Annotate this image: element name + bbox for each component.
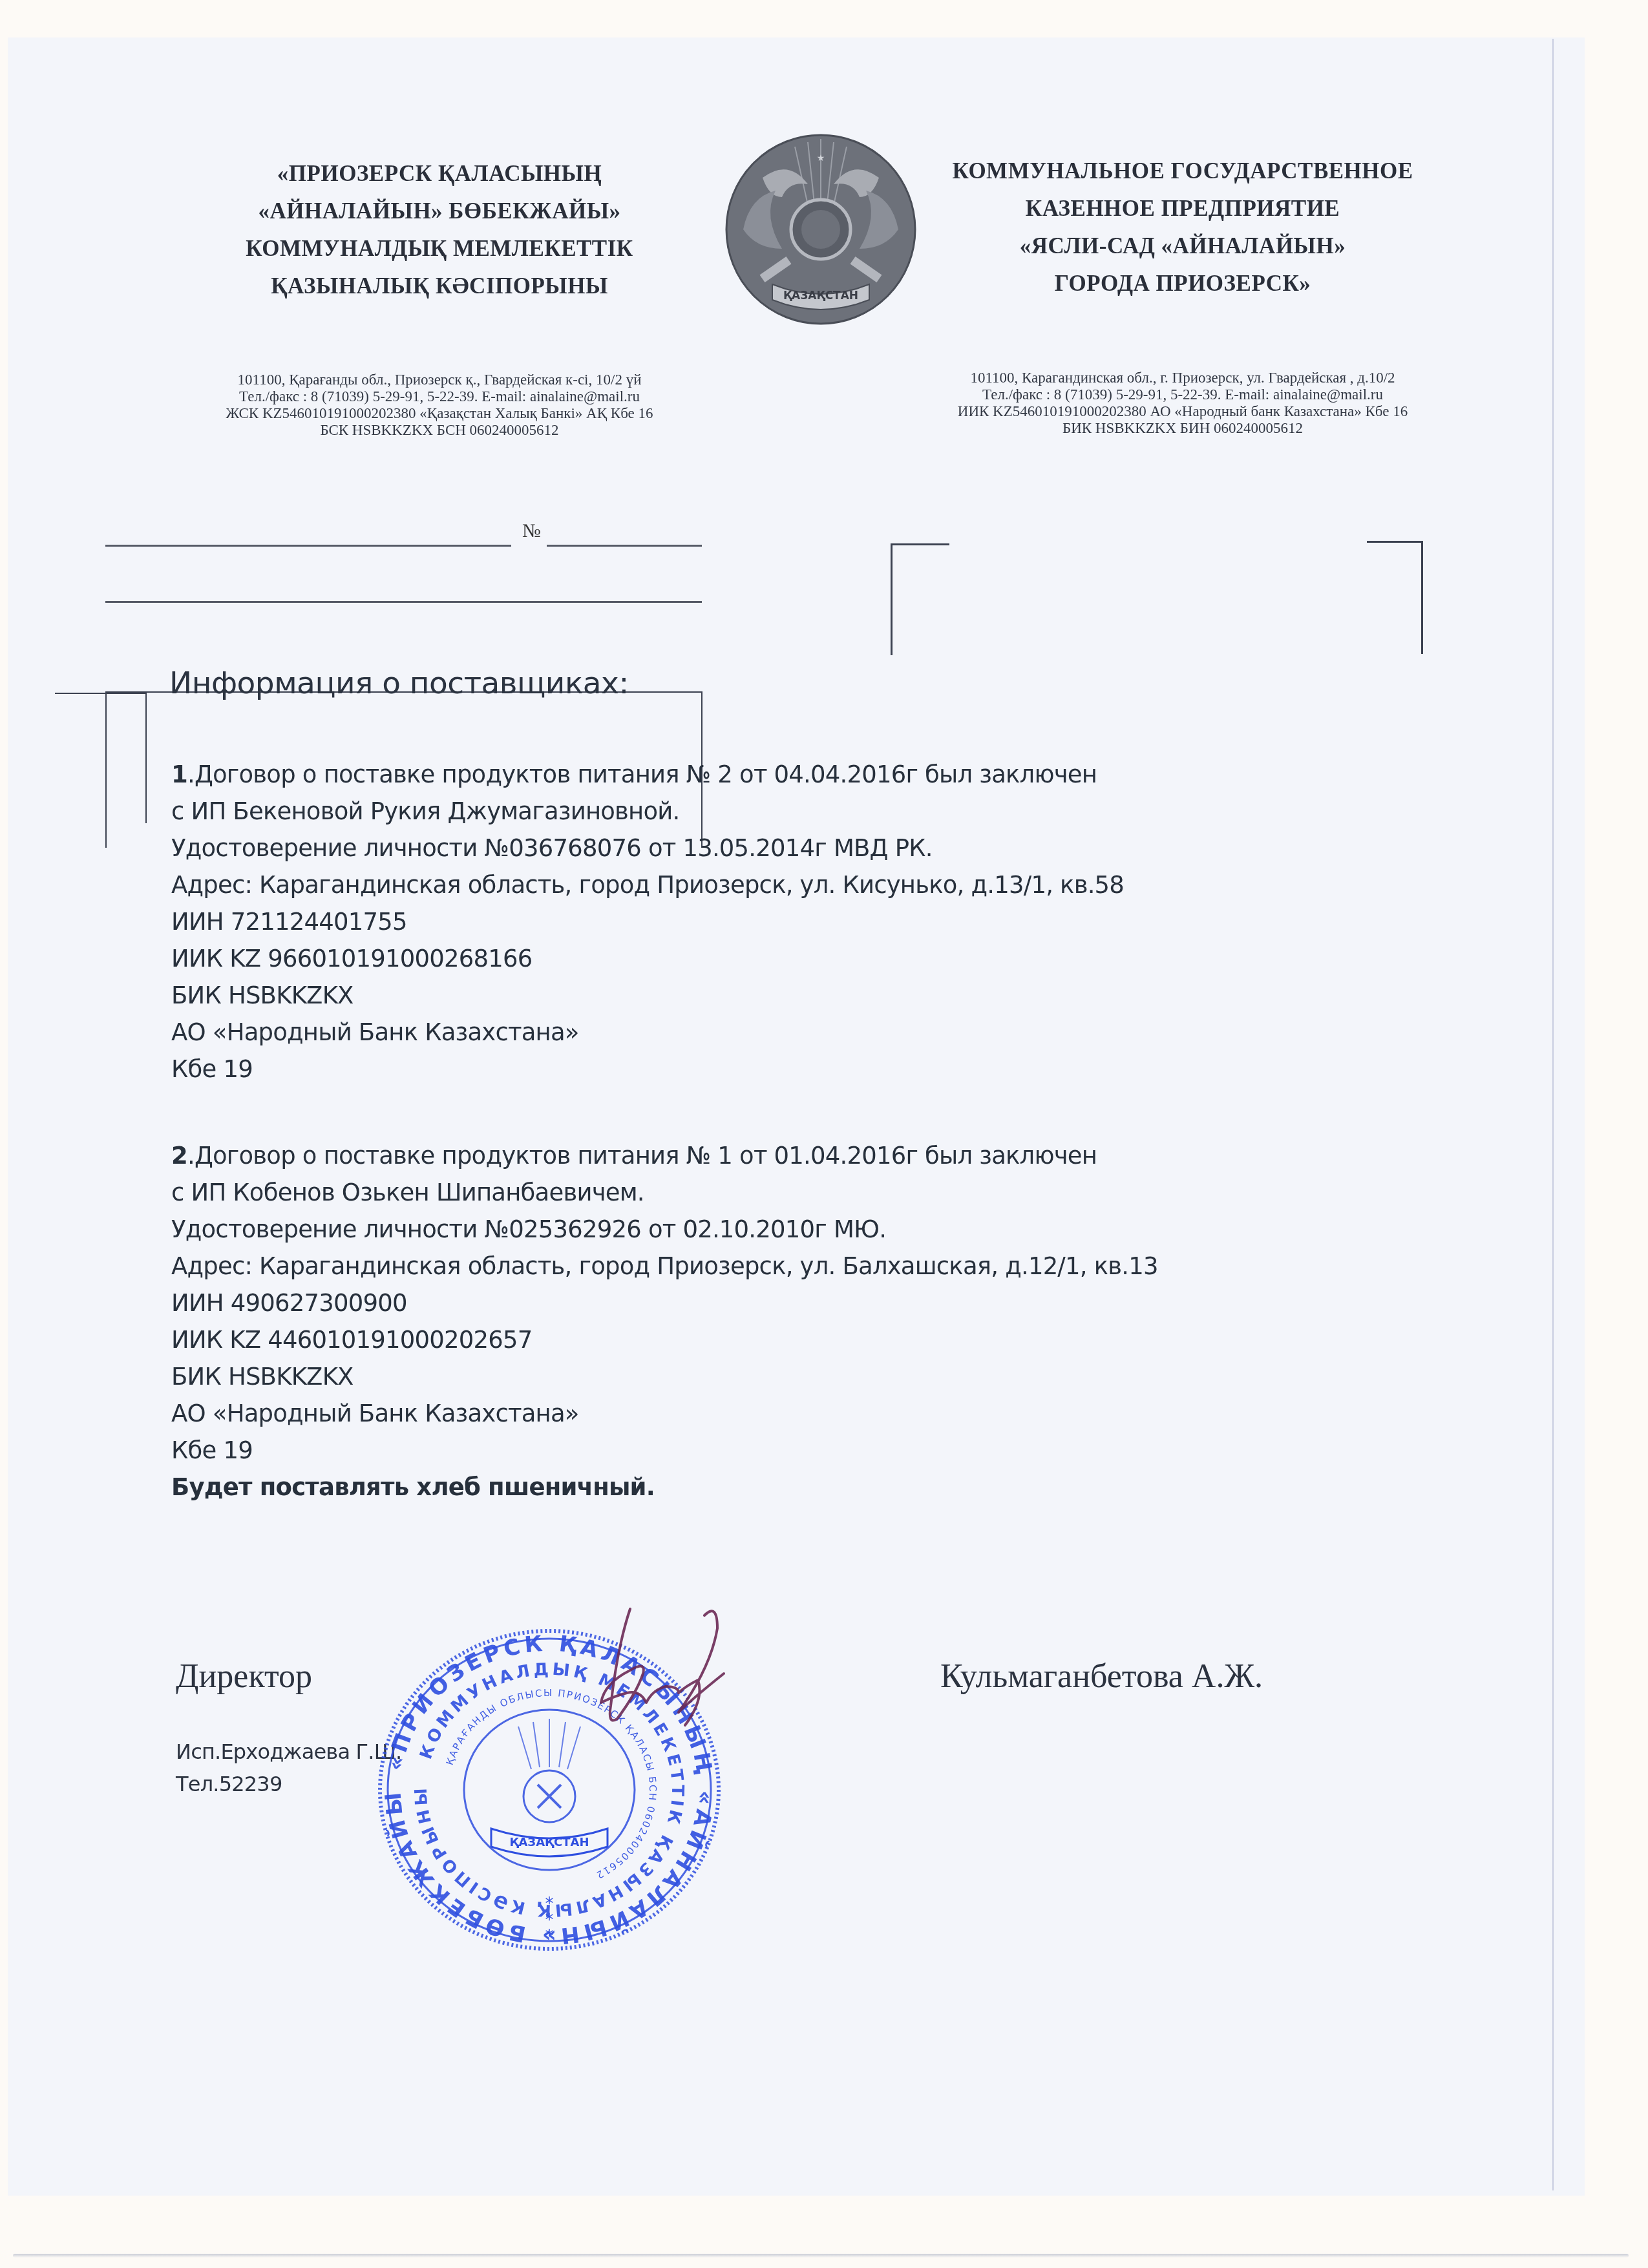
svg-text:ҚАЗАҚСТАН: ҚАЗАҚСТАН bbox=[783, 289, 858, 302]
supplier-contract-line: 1.Договор о поставке продуктов питания №… bbox=[171, 756, 1399, 793]
supply-note: Будет поставлять хлеб пшеничный. bbox=[171, 1473, 655, 1501]
supplier-bank: АО «Народный Банк Казахстана» bbox=[171, 1014, 1399, 1051]
scanned-page bbox=[8, 37, 1585, 2196]
address-kazakh: 101100, Қарағанды обл., Приозерск қ., Гв… bbox=[155, 372, 724, 439]
supplier-bank: АО «Народный Банк Казахстана» bbox=[171, 1395, 1399, 1432]
svg-text:*: * bbox=[545, 1927, 554, 1946]
address-line: Тел./факс : 8 (71039) 5-29-91, 5-22-39. … bbox=[892, 386, 1474, 403]
supplier-name: с ИП Кобенов Озькен Шипанбаевичем. bbox=[171, 1174, 1399, 1211]
supplier-number: 1 bbox=[171, 761, 187, 788]
address-line: Тел./факс : 8 (71039) 5-29-91, 5-22-39. … bbox=[155, 388, 724, 405]
address-line: БИК HSBKKZKX БИН 060240005612 bbox=[892, 420, 1474, 437]
supplier-contract-line: 2.Договор о поставке продуктов питания №… bbox=[171, 1137, 1399, 1174]
supplier-address: Адрес: Карагандинская область, город При… bbox=[171, 866, 1399, 903]
supplier-kbe: Кбе 19 bbox=[171, 1051, 1399, 1087]
supplier-iik: ИИК KZ 966010191000268166 bbox=[171, 940, 1399, 977]
address-russian: 101100, Карагандинская обл., г. Приозерс… bbox=[892, 370, 1474, 437]
svg-text:ҚАЗАҚСТАН: ҚАЗАҚСТАН bbox=[509, 1836, 589, 1849]
supplier-address: Адрес: Карагандинская область, город При… bbox=[171, 1248, 1399, 1285]
org-line: ГОРОДА ПРИОЗЕРСК» bbox=[918, 265, 1448, 302]
supplier-kbe: Кбе 19 bbox=[171, 1432, 1399, 1469]
org-name-kazakh: «ПРИОЗЕРСК ҚАЛАСЫНЫҢ «АЙНАЛАЙЫН» БӨБЕКЖА… bbox=[174, 155, 704, 305]
supplier-id: Удостоверение личности №025362926 от 02.… bbox=[171, 1211, 1399, 1248]
address-line: 101100, Карагандинская обл., г. Приозерс… bbox=[892, 370, 1474, 386]
supplier-bik: БИК HSBKKZKX bbox=[171, 1358, 1399, 1395]
document-title: Информация о поставщиках: bbox=[169, 666, 629, 701]
supplier-2: 2.Договор о поставке продуктов питания №… bbox=[171, 1137, 1399, 1506]
supplier-iin: ИИН 490627300900 bbox=[171, 1285, 1399, 1321]
addressee-bracket-left bbox=[891, 543, 949, 655]
supplier-number: 2 bbox=[171, 1142, 187, 1170]
address-line: БСК HSBKKZKX БСН 060240005612 bbox=[155, 422, 724, 439]
org-line: «АЙНАЛАЙЫН» БӨБЕКЖАЙЫ» bbox=[174, 193, 704, 230]
addressee-bracket-right bbox=[1367, 541, 1423, 654]
number-line bbox=[547, 545, 702, 547]
director-label: Директор bbox=[176, 1657, 312, 1696]
address-line: 101100, Қарағанды обл., Приозерск қ., Гв… bbox=[155, 372, 724, 388]
supplier-1: 1.Договор о поставке продуктов питания №… bbox=[171, 756, 1399, 1087]
supplier-name: с ИП Бекеновой Рукия Джумагазиновной. bbox=[171, 793, 1399, 830]
director-name: Кульмаганбетова А.Ж. bbox=[940, 1657, 1263, 1696]
signature-icon bbox=[569, 1602, 763, 1758]
kazakhstan-emblem-icon: ★ ҚАЗАҚСТАН bbox=[724, 132, 918, 326]
address-line: ИИК KZ546010191000202380 АО «Народный ба… bbox=[892, 403, 1474, 420]
org-line: КОММУНАЛДЫҚ МЕМЛЕКЕТТІК bbox=[174, 230, 704, 268]
page-edge-shadow bbox=[13, 2254, 1629, 2258]
scan-edge bbox=[1552, 39, 1554, 2190]
address-line: ЖСК KZ546010191000202380 «Қазақстан Халы… bbox=[155, 405, 724, 422]
date-line bbox=[105, 545, 511, 547]
number-sign: № bbox=[522, 520, 541, 542]
org-line: «ПРИОЗЕРСК ҚАЛАСЫНЫҢ bbox=[174, 155, 704, 193]
org-line: ҚАЗЫНАЛЫҚ КӘСІПОРЫНЫ bbox=[174, 268, 704, 305]
supplier-iik: ИИК KZ 446010191000202657 bbox=[171, 1321, 1399, 1358]
svg-text:★: ★ bbox=[817, 153, 825, 163]
supplier-bik: БИК HSBKKZKX bbox=[171, 977, 1399, 1014]
org-line: «ЯСЛИ-САД «АЙНАЛАЙЫН» bbox=[918, 227, 1448, 265]
supplier-iin: ИИН 721124401755 bbox=[171, 903, 1399, 940]
org-line: КАЗЕННОЕ ПРЕДПРИЯТИЕ bbox=[918, 190, 1448, 227]
addressee-line bbox=[105, 601, 702, 603]
org-line: КОММУНАЛЬНОЕ ГОСУДАРСТВЕННОЕ bbox=[918, 152, 1448, 190]
org-name-russian: КОММУНАЛЬНОЕ ГОСУДАРСТВЕННОЕ КАЗЕННОЕ ПР… bbox=[918, 152, 1448, 302]
supplier-id: Удостоверение личности №036768076 от 13.… bbox=[171, 830, 1399, 866]
